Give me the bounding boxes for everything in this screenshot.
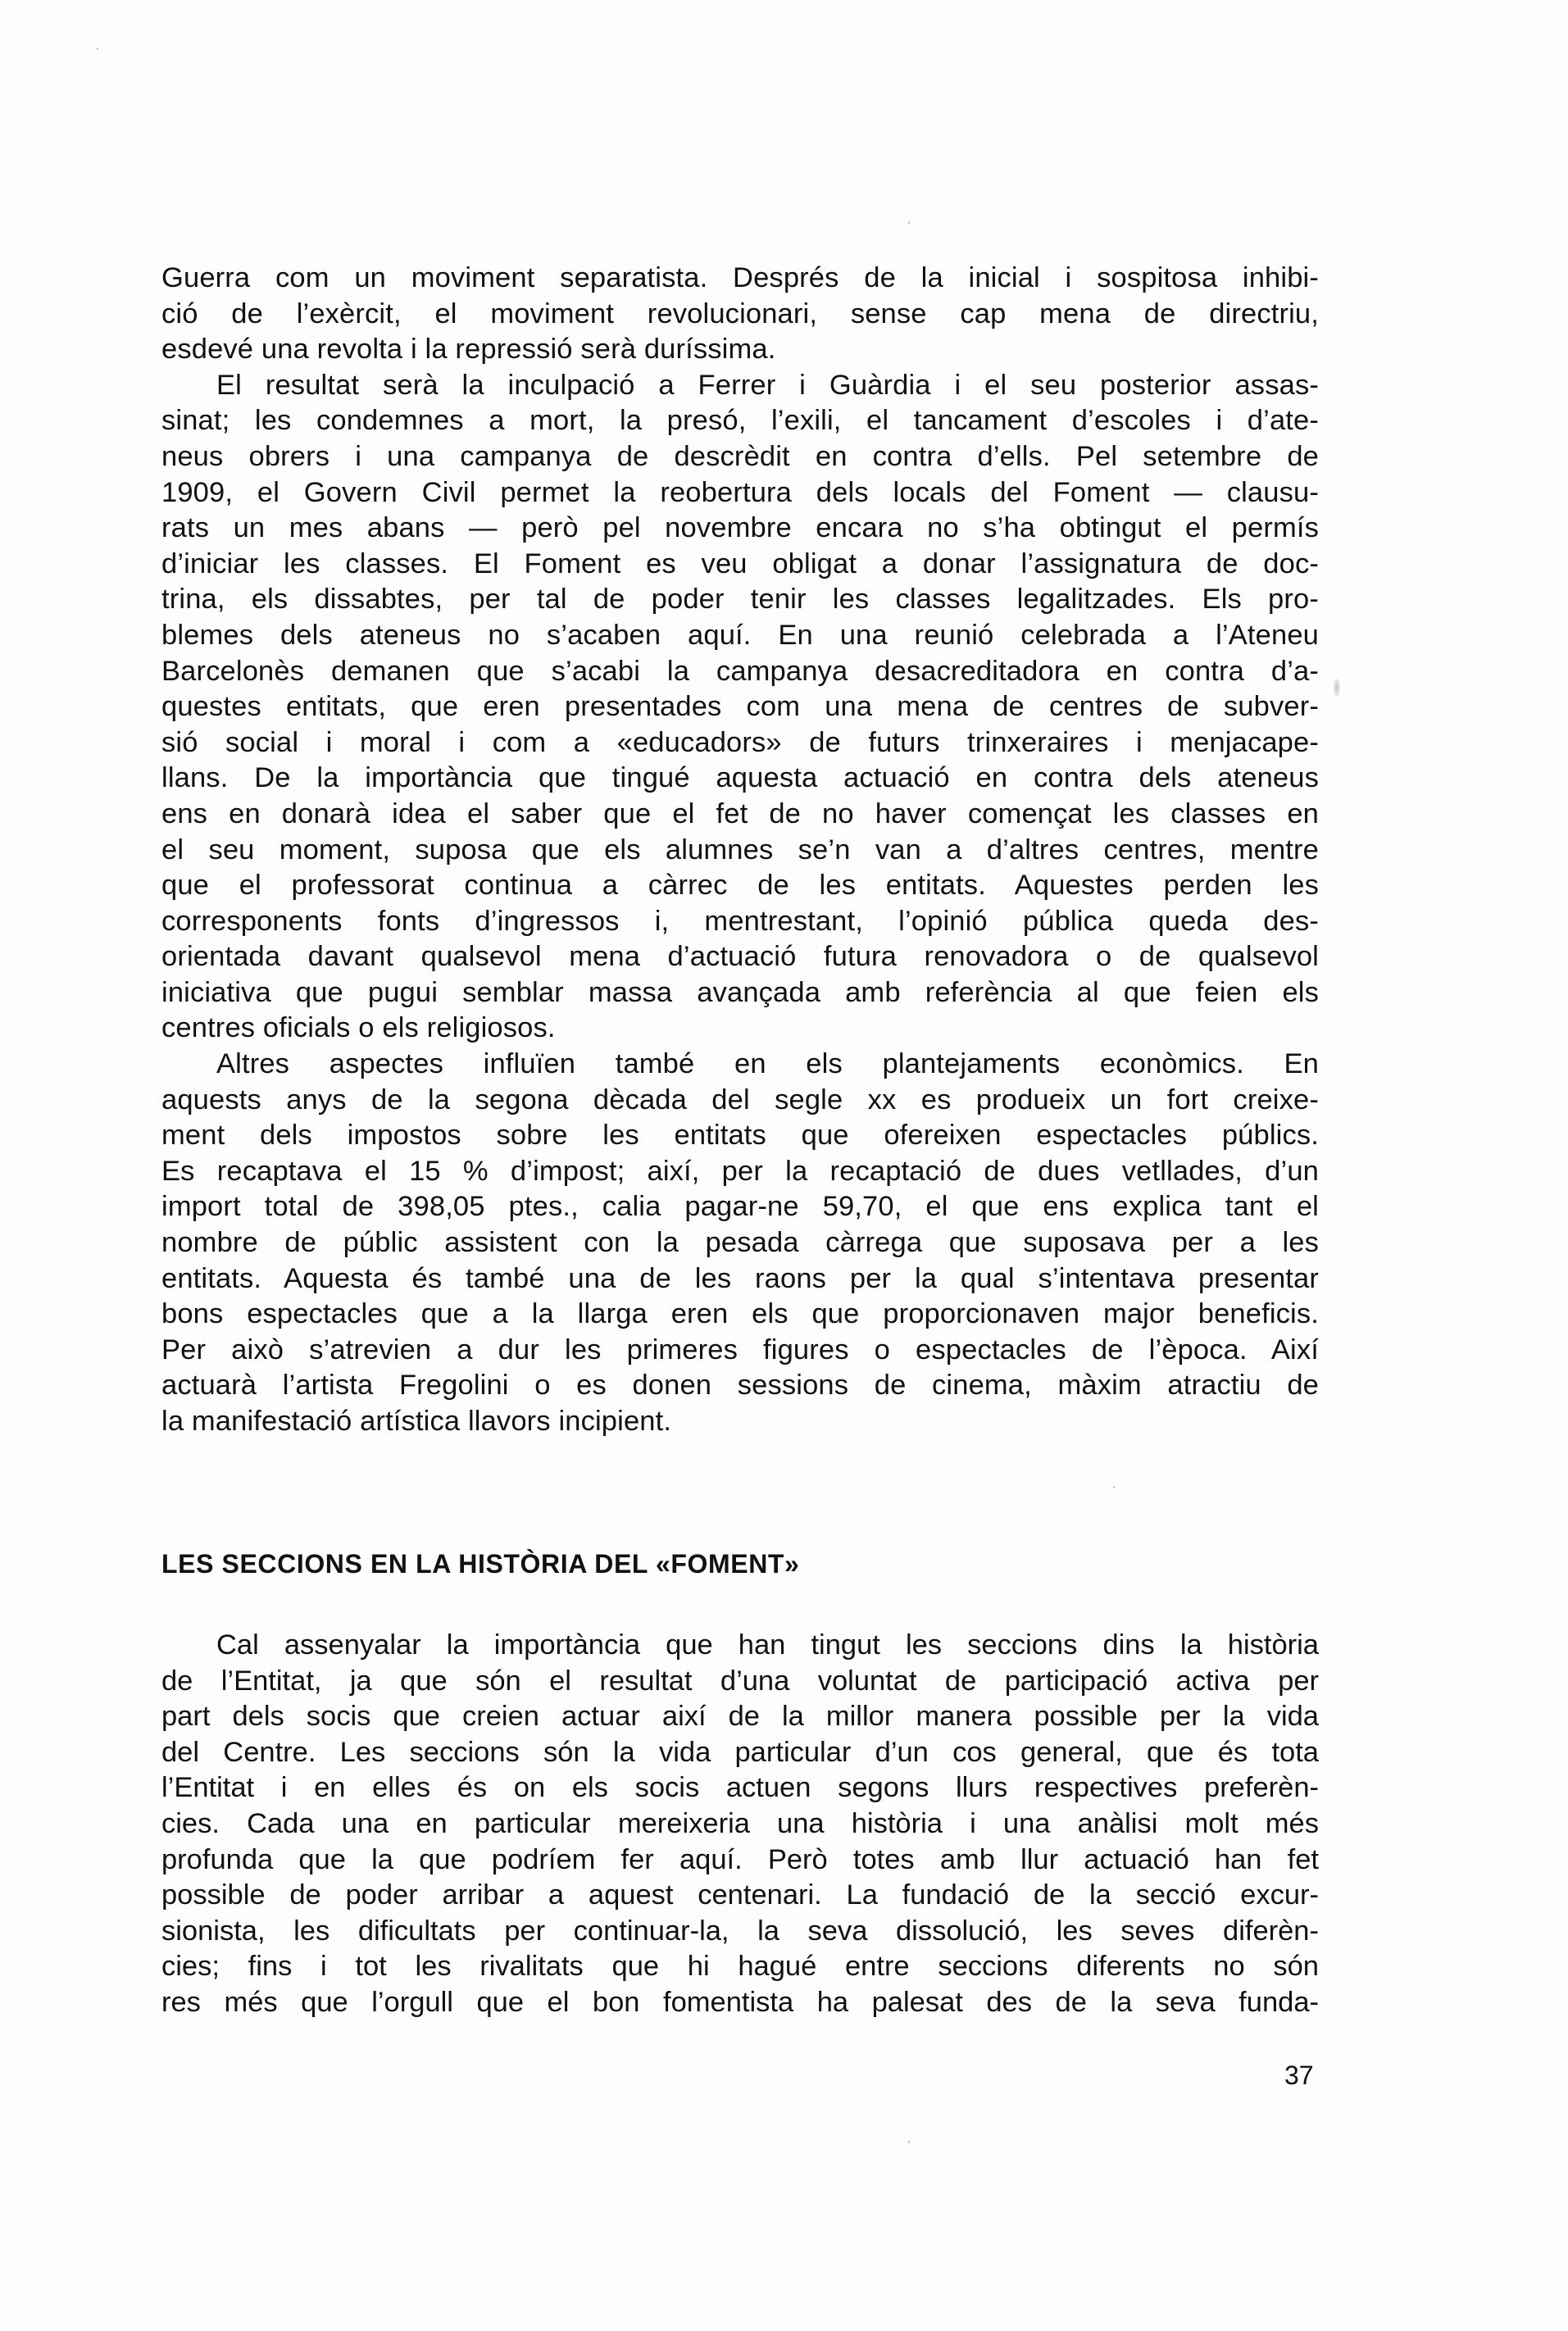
- text-line: rats un mes abans — però pel novembre en…: [161, 511, 1319, 547]
- text-line: 1909, el Govern Civil permet la reobertu…: [161, 475, 1319, 511]
- text-line: trina, els dissabtes, per tal de poder t…: [161, 582, 1319, 618]
- text-line: Guerra com un moviment separatista. Desp…: [161, 261, 1319, 297]
- scan-speck: [1334, 679, 1340, 697]
- text-line: actuarà l’artista Fregolini o es donen s…: [161, 1368, 1319, 1404]
- text-line: Per això s’atrevien a dur les primeres f…: [161, 1333, 1319, 1369]
- text-line: ens en donarà idea el saber que el fet d…: [161, 797, 1319, 833]
- text-line: aquests anys de la segona dècada del seg…: [161, 1083, 1319, 1119]
- text-line: entitats. Aquesta és també una de les ra…: [161, 1261, 1319, 1297]
- text-line: Es recaptava el 15 % d’impost; així, per…: [161, 1154, 1319, 1190]
- scanned-page: Guerra com un moviment separatista. Desp…: [0, 0, 1568, 2331]
- scan-dot: [1113, 1486, 1115, 1488]
- scan-dot: [97, 48, 98, 50]
- text-line: orientada davant qualsevol mena d’actuac…: [161, 939, 1319, 975]
- text-line: questes entitats, que eren presentades c…: [161, 689, 1319, 725]
- text-line: sinat; les condemnes a mort, la presó, l…: [161, 403, 1319, 439]
- text-line: cies. Cada una en particular mereixeria …: [161, 1806, 1319, 1843]
- paragraph-2: El resultat serà la inculpació a Ferrer …: [161, 368, 1319, 1047]
- scan-dot: [908, 2141, 910, 2143]
- text-line: esdevé una revolta i la repressió serà d…: [161, 332, 1319, 368]
- text-line: ció de l’exèrcit, el moviment revolucion…: [161, 297, 1319, 333]
- text-line: del Centre. Les seccions són la vida par…: [161, 1735, 1319, 1771]
- text-line: cies; fins i tot les rivalitats que hi h…: [161, 1949, 1319, 1985]
- text-line: de l’Entitat, ja que són el resultat d’u…: [161, 1664, 1319, 1700]
- text-line: Altres aspectes influïen també en els pl…: [161, 1047, 1319, 1083]
- text-line: el seu moment, suposa que els alumnes se…: [161, 833, 1319, 869]
- paragraph-4: Cal assenyalar la importància que han ti…: [161, 1628, 1319, 2021]
- text-line: import total de 398,05 ptes., calia paga…: [161, 1189, 1319, 1225]
- text-line: sió social i moral i com a «educadors» d…: [161, 725, 1319, 761]
- text-line: bons espectacles que a la llarga eren el…: [161, 1297, 1319, 1333]
- paragraph-3: Altres aspectes influïen també en els pl…: [161, 1047, 1319, 1440]
- text-line: profunda que la que podríem fer aquí. Pe…: [161, 1843, 1319, 1879]
- text-line: llans. De la importància que tingué aque…: [161, 761, 1319, 797]
- text-line: l’Entitat i en elles és on els socis act…: [161, 1770, 1319, 1806]
- text-line: El resultat serà la inculpació a Ferrer …: [161, 368, 1319, 404]
- text-line: ment dels impostos sobre les entitats qu…: [161, 1118, 1319, 1154]
- text-line: que el professorat continua a càrrec de …: [161, 868, 1319, 904]
- text-line: d’iniciar les classes. El Foment es veu …: [161, 547, 1319, 583]
- text-line: blemes dels ateneus no s’acaben aquí. En…: [161, 618, 1319, 654]
- page-number: 37: [1284, 2061, 1314, 2091]
- text-line: nombre de públic assistent con la pesada…: [161, 1225, 1319, 1261]
- section-1-body: Guerra com un moviment separatista. Desp…: [161, 261, 1319, 1440]
- section-heading: LES SECCIONS EN LA HISTÒRIA DEL «FOMENT»: [161, 1549, 799, 1579]
- paragraph-1: Guerra com un moviment separatista. Desp…: [161, 261, 1319, 368]
- text-line: Barcelonès demanen que s’acabi la campan…: [161, 654, 1319, 690]
- text-line: res més que l’orgull que el bon fomentis…: [161, 1985, 1319, 2021]
- text-line: neus obrers i una campanya de descrèdit …: [161, 439, 1319, 475]
- text-line: iniciativa que pugui semblar massa avanç…: [161, 975, 1319, 1011]
- text-line: centres oficials o els religiosos.: [161, 1011, 1319, 1047]
- section-2-body: Cal assenyalar la importància que han ti…: [161, 1628, 1319, 2021]
- text-line: possible de poder arribar a aquest cente…: [161, 1878, 1319, 1914]
- text-line: la manifestació artística llavors incipi…: [161, 1404, 1319, 1440]
- text-line: corresponents fonts d’ingressos i, mentr…: [161, 904, 1319, 940]
- text-line: sionista, les dificultats per continuar-…: [161, 1914, 1319, 1950]
- scan-dot: [908, 221, 910, 224]
- text-line: part dels socis que creien actuar així d…: [161, 1699, 1319, 1735]
- text-line: Cal assenyalar la importància que han ti…: [161, 1628, 1319, 1664]
